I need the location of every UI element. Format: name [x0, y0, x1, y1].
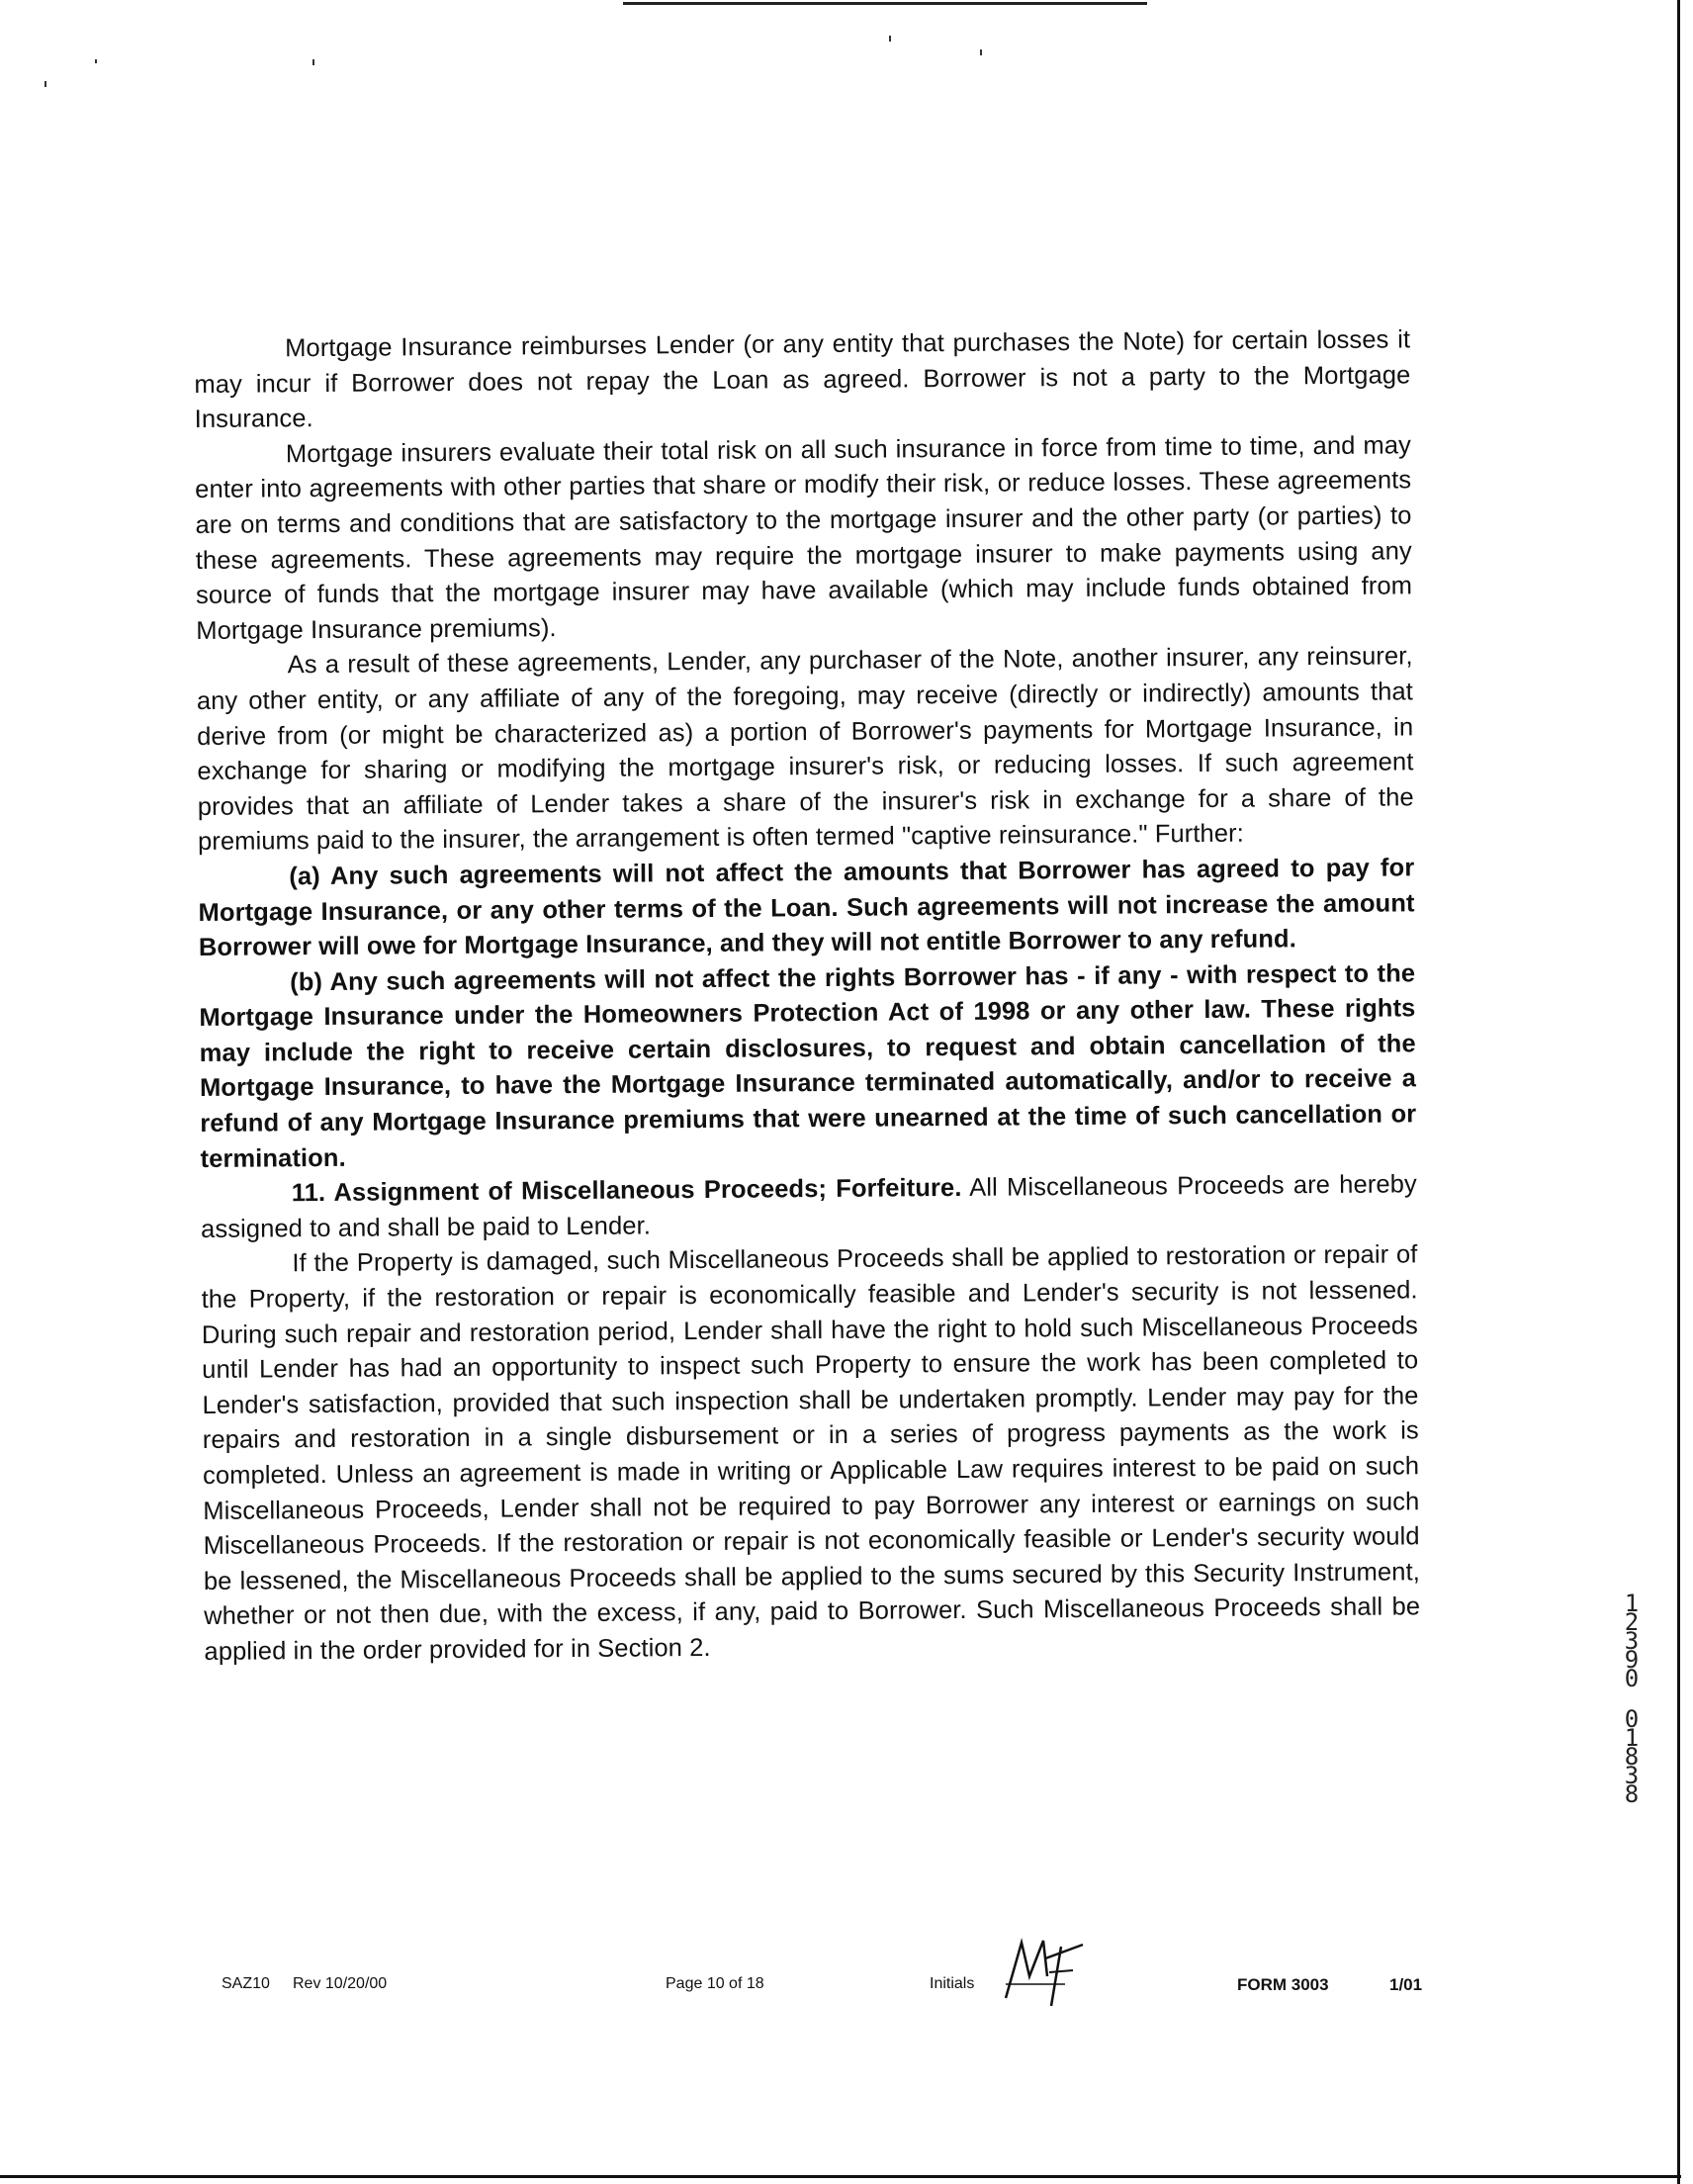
- section-11-intro: 11. Assignment of Miscellaneous Proceeds…: [201, 1168, 1418, 1248]
- paragraph-result-of-agreements: As a result of these agreements, Lender,…: [197, 640, 1415, 861]
- right-scan-edge: [1677, 0, 1680, 2184]
- scanned-document-page: Mortgage Insurance reimburses Lender (or…: [0, 0, 1693, 2184]
- margin-digit: 8: [1620, 1785, 1644, 1804]
- footer-revision: Rev 10/20/00: [293, 1975, 387, 1993]
- scan-speck: [95, 59, 97, 63]
- initials-signature-icon: [1004, 1937, 1113, 2006]
- footer-form-date: 1/01: [1389, 1975, 1422, 1995]
- paragraph-clause-a: (a) Any such agreements will not affect …: [198, 851, 1415, 965]
- footer-initials-label: Initials: [930, 1975, 974, 1993]
- footer-form-number: FORM 3003: [1237, 1975, 1329, 1995]
- margin-digit: 0: [1620, 1670, 1644, 1688]
- margin-reference-code: 1 2 3 9 0 0 1 8 3 8: [1620, 1594, 1644, 1804]
- scan-speck: [980, 49, 982, 55]
- scan-speck: [312, 59, 314, 65]
- footer-page-number: Page 10 of 18: [666, 1975, 764, 1993]
- paragraph-property-damaged: If the Property is damaged, such Miscell…: [201, 1238, 1420, 1671]
- scan-speck: [45, 81, 46, 87]
- bottom-scan-edge: [0, 2175, 1681, 2178]
- paragraph-mortgage-insurance-reimburses: Mortgage Insurance reimburses Lender (or…: [194, 322, 1411, 437]
- footer-form-code: SAZ10: [222, 1975, 270, 1993]
- paragraph-clause-b: (b) Any such agreements will not affect …: [199, 956, 1417, 1177]
- section-11-heading: 11. Assignment of Miscellaneous Proceeds…: [292, 1174, 962, 1207]
- document-body: Mortgage Insurance reimburses Lender (or…: [194, 322, 1421, 1670]
- paragraph-mortgage-insurers-evaluate: Mortgage insurers evaluate their total r…: [195, 428, 1413, 649]
- scan-speck: [889, 36, 891, 42]
- top-scan-edge: [623, 2, 1147, 5]
